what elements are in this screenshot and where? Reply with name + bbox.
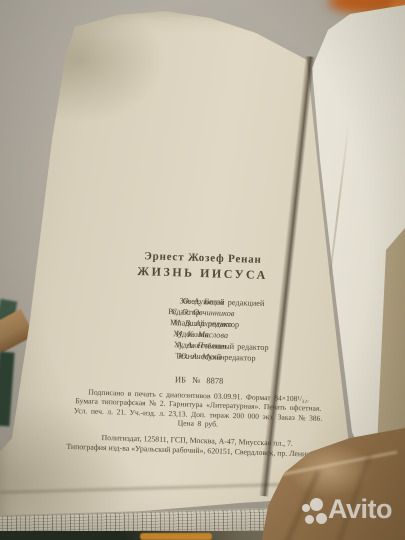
staff-role: Технический редактор bbox=[175, 350, 256, 364]
avito-watermark: Avito bbox=[296, 492, 405, 532]
avito-logo-dot-icon bbox=[302, 504, 310, 512]
avito-logo-dot-icon bbox=[316, 513, 327, 524]
colophon-text-block: Эрнест Жозеф Ренан ЖИЗНЬ ИИСУСА Заведующ… bbox=[27, 247, 373, 462]
avito-watermark-text: Avito bbox=[328, 494, 392, 525]
imprint-block: Подписано в печать с диапозитивов 03.09.… bbox=[28, 386, 369, 434]
avito-logo-dot-icon bbox=[310, 498, 323, 511]
editorial-staff-list: Заведующий редакциейО. А. Белов Редактор… bbox=[30, 291, 372, 368]
avito-logo-dot-icon bbox=[305, 515, 314, 524]
book-photo-scene: Эрнест Жозеф Ренан ЖИЗНЬ ИИСУСА Заведующ… bbox=[0, 0, 405, 540]
bottom-orange-sliver bbox=[140, 533, 212, 540]
table-green-cloth-lower bbox=[0, 352, 15, 427]
